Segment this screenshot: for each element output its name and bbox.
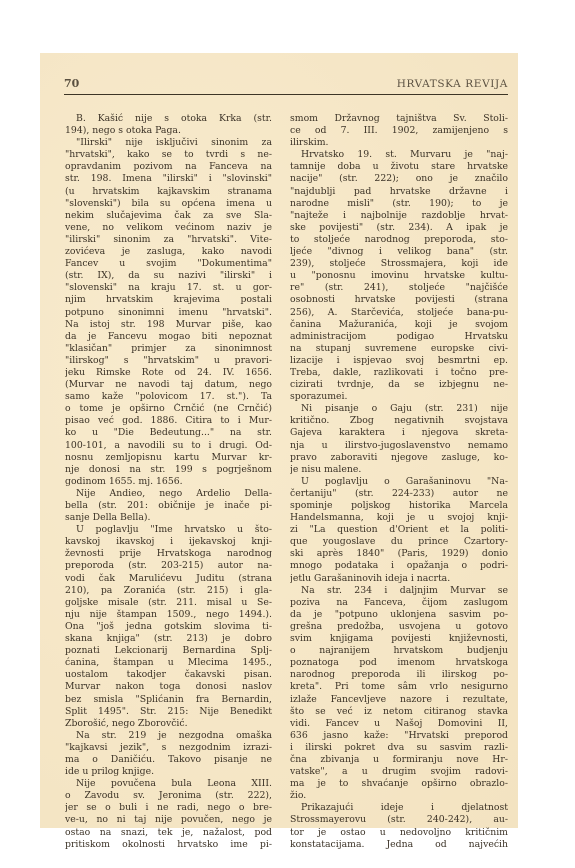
text-line: 210), pa Zoranića (str. 215) i gla-	[65, 585, 272, 597]
text-line: što se već iz netom citiranog stavka	[290, 706, 508, 718]
text-line: žio.	[290, 790, 508, 802]
header-rule	[64, 94, 508, 95]
text-line: o tome je opširno Črnčić (ne Crnčić)	[65, 403, 272, 415]
text-line: to stoljeće narodnog preporoda, sto-	[290, 234, 508, 246]
text-line: tamnije doba u životu stare hrvatske	[290, 161, 508, 173]
text-line: vene, no velikom većinom naziv je	[65, 222, 272, 234]
text-line: re" (str. 241), stoljeće "najčišće	[290, 282, 508, 294]
text-line: "Ilirski" nije isključivi sinonim za	[65, 137, 272, 149]
text-line: lizacije i ispjevao svoj besmrtni ep.	[290, 355, 508, 367]
text-line: Na str. 234 i daljnjim Murvar se	[290, 585, 508, 597]
text-line: i ilirski pokret dva su sasvim razli-	[290, 742, 508, 754]
text-line: u "ponosnu imovinu hrvatske kultu-	[290, 270, 508, 282]
page-number: 70	[64, 77, 79, 90]
text-line: konstatacijama. Jedna od najvećih	[290, 839, 508, 851]
text-line: ma o Daničiću. Takovo pisanje ne	[65, 754, 272, 766]
text-line: Prikazajući ideje i djelatnost	[290, 802, 508, 814]
text-line: ilirskim.	[290, 137, 508, 149]
text-line: kavskoj ikavskoj i ijekavskoj knji-	[65, 536, 272, 548]
text-line: nja u ilirstvo-jugoslavenstvo nemamo	[290, 440, 508, 452]
text-line: svim knjigama povijesti književnosti,	[290, 633, 508, 645]
text-line: "najteže i najbolnije razdoblje hrvat-	[290, 210, 508, 222]
text-line: Ni pisanje o Gaju (str. 231) nije	[290, 403, 508, 415]
left-text-column: B. Kašić nije s otoka Krka (str.194), ne…	[65, 113, 272, 851]
text-line: B. Kašić nije s otoka Krka (str.	[65, 113, 272, 125]
text-line: 239), stoljeće Strossmajera, koji ide	[290, 258, 508, 270]
text-line: jer se o buli i ne radi, nego o bre-	[65, 802, 272, 814]
text-line: nju nije štampan 1509., nego 1494.).	[65, 609, 272, 621]
text-line: 256), A. Starčevića, stoljeće bana-pu-	[290, 307, 508, 319]
text-line: uostalom takodjer čakavski pisan.	[65, 669, 272, 681]
text-line: bez smisla "Splićanin fra Bernardin,	[65, 694, 272, 706]
text-line: Na istoj str. 198 Murvar piše, kao	[65, 319, 272, 331]
text-line: Gajeva karaktera i njegova skreta-	[290, 427, 508, 439]
text-line: Hrvatsko 19. st. Murvaru je "naj-	[290, 149, 508, 161]
text-line: je nisu malene.	[290, 464, 508, 476]
text-line: ževnosti prije Hrvatskoga narodnog	[65, 548, 272, 560]
text-line: jeku Rimske Rote od 24. IV. 1656.	[65, 367, 272, 379]
text-line: vidi. Fancev u Našoj Domovini II,	[290, 718, 508, 730]
text-line: o Zavodu sv. Jeronima (str. 222),	[65, 790, 272, 802]
text-line: administracijom podigao Hrvatsku	[290, 331, 508, 343]
text-line: Na str. 219 je nezgodna omaška	[65, 730, 272, 742]
text-line: (u hrvatskim kajkavskim stranama	[65, 186, 272, 198]
text-line: pravo zaboraviti njegove zasluge, ko-	[290, 452, 508, 464]
text-line: nosnu zemljopisnu kartu Murvar kr-	[65, 452, 272, 464]
text-line: "slovenski") bila su općena imena u	[65, 198, 272, 210]
text-line: ostao na snazi, tek je, nažalost, pod	[65, 827, 272, 839]
text-line: zovićeva je zasluga, kako navodi	[65, 246, 272, 258]
text-line: na stupanj suvremene europske civi-	[290, 343, 508, 355]
text-line: pritiskom okolnosti hrvatsko ime pi-	[65, 839, 272, 851]
text-line: da je Fancevu mogao biti nepoznat	[65, 331, 272, 343]
text-line: Strossmayerovu (str. 240-242), au-	[290, 814, 508, 826]
text-line: (str. IX), da su nazivi "ilirski" i	[65, 270, 272, 282]
text-line: grešna predožba, usvojena u gotovo	[290, 621, 508, 633]
text-line: čanina Mažuranića, koji je svojom	[290, 319, 508, 331]
text-line: spominje poljskog historika Marcela	[290, 500, 508, 512]
text-line: nekim slučajevima čak za sve Sla-	[65, 210, 272, 222]
text-line: godinom 1655. mj. 1656.	[65, 476, 272, 488]
text-line: da je "potpuno uklonjena sasvim po-	[290, 609, 508, 621]
text-line: ski après 1840" (Paris, 1929) donio	[290, 548, 508, 560]
text-line: nacije" (str. 222); ono je značilo	[290, 173, 508, 185]
text-line: opravdanim pozivom na Fanceva na	[65, 161, 272, 173]
text-line: "slovenski" na kraju 17. st. u gor-	[65, 282, 272, 294]
text-line: (Murvar ne navodi taj datum, nego	[65, 379, 272, 391]
text-line: narodnog preporoda ili ilirskog po-	[290, 669, 508, 681]
text-line: kreta". Pri tome sâm vrlo nesigurno	[290, 681, 508, 693]
text-line: "klasičan" primjer za sinonimnost	[65, 343, 272, 355]
text-line: Murvar nakon toga donosi naslov	[65, 681, 272, 693]
text-line: pisao već god. 1886. Citira to i Mur-	[65, 415, 272, 427]
text-line: ide u prilog knjige.	[65, 766, 272, 778]
text-line: cizirati tvrdnje, da se izbjegnu ne-	[290, 379, 508, 391]
text-line: ko u "Die Bedeutung..." na str.	[65, 427, 272, 439]
text-line: mnogo podataka i opažanja o podri-	[290, 560, 508, 572]
text-line: nje donosi na str. 199 s pogrješnom	[65, 464, 272, 476]
text-line: ce od 7. III. 1902, zamijenjeno s	[290, 125, 508, 137]
text-line: Ona "još jedna gotskim slovima ti-	[65, 621, 272, 633]
text-line: zi "La question d'Orient et la politi-	[290, 524, 508, 536]
text-line: poznatoga pod imenom hrvatskoga	[290, 657, 508, 669]
text-line: Split 1495". Str. 215: Nije Benedikt	[65, 706, 272, 718]
text-line: 636 jasno kaže: "Hrvatski preporod	[290, 730, 508, 742]
text-line: poziva na Fanceva, čijom zaslugom	[290, 597, 508, 609]
text-line: sanje Della Bella).	[65, 512, 272, 524]
text-line: ske povijesti" (str. 234). A ipak je	[290, 222, 508, 234]
text-line: sporazumei.	[290, 391, 508, 403]
text-line: que yougoslave du prince Czartory-	[290, 536, 508, 548]
running-title: HRVATSKA REVIJA	[397, 78, 508, 90]
text-line: ljeće "divnog i velikog bana" (str.	[290, 246, 508, 258]
text-line: samo kaže "polovicom 17. st."). Ta	[65, 391, 272, 403]
text-line: njim hrvatskim krajevima postali	[65, 294, 272, 306]
right-text-column: smom Državnog tajništva Sv. Stoli-ce od …	[290, 113, 508, 851]
text-line: "ilirski" sinonim za "hrvatski". Vite-	[65, 234, 272, 246]
text-line: narodne misli" (str. 190); to je	[290, 198, 508, 210]
text-line: ve-u, no ni taj nije povučen, nego je	[65, 814, 272, 826]
text-line: str. 198. Imena "ilirski" i "slovinski"	[65, 173, 272, 185]
text-line: Nije povučena bula Leona XIII.	[65, 778, 272, 790]
text-line: Nije Andieo, nego Ardelio Della-	[65, 488, 272, 500]
text-line: Handelsmanna, koji je u svojoj knji-	[290, 512, 508, 524]
text-line: skana knjiga" (str. 213) je dobro	[65, 633, 272, 645]
text-line: vodi čak Marulićevu Juditu (strana	[65, 573, 272, 585]
text-line: osobnosti hrvatske povijesti (strana	[290, 294, 508, 306]
text-line: preporoda (str. 203-215) autor na-	[65, 560, 272, 572]
text-line: "kajkavsi jezik", s nezgodnim izrazi-	[65, 742, 272, 754]
text-line: tor je ostao u nedovoljno kritičnim	[290, 827, 508, 839]
text-line: Fancev u svojim "Dokumentima"	[65, 258, 272, 270]
text-line: 100-101, a navodili su to i drugi. Od-	[65, 440, 272, 452]
text-line: poznati Lekcionarij Bernardina Splj-	[65, 645, 272, 657]
text-line: Treba, dakle, razlikovati i točno pre-	[290, 367, 508, 379]
text-line: o najranijem hrvatskom budjenju	[290, 645, 508, 657]
text-line: jetlu Garašaninovih ideja i nacrta.	[290, 573, 508, 585]
text-line: ma je to shvaćanje opširno obrazlo-	[290, 778, 508, 790]
text-line: potpuno sinonimni imenu "hrvatski".	[65, 307, 272, 319]
text-line: U poglavlju o Garašaninovu "Na-	[290, 476, 508, 488]
text-line: U poglavlju "Ime hrvatsko u što-	[65, 524, 272, 536]
text-line: "hrvatski", kako se to tvrdi s ne-	[65, 149, 272, 161]
text-line: bella (str. 201: običnije je inače pi-	[65, 500, 272, 512]
text-line: kritično. Zbog negativnih svojstava	[290, 415, 508, 427]
text-line: goljske misale (str. 211. misal u Se-	[65, 597, 272, 609]
text-line: izlaže Fancevljeve nazore i rezultate,	[290, 694, 508, 706]
text-line: čertaniju" (str. 224-233) autor ne	[290, 488, 508, 500]
text-line: 194), nego s otoka Paga.	[65, 125, 272, 137]
text-line: "ilirskog" s "hrvatskim" u pravori-	[65, 355, 272, 367]
text-line: "najdublji pad hrvatske državne i	[290, 186, 508, 198]
text-line: čna zbivanja u formiranju nove Hr-	[290, 754, 508, 766]
text-line: Zborošić, nego Zborovčić.	[65, 718, 272, 730]
text-line: smom Državnog tajništva Sv. Stoli-	[290, 113, 508, 125]
text-line: ćanina, štampan u Mlecima 1495.,	[65, 657, 272, 669]
text-line: vatske", a u drugim svojim radovi-	[290, 766, 508, 778]
